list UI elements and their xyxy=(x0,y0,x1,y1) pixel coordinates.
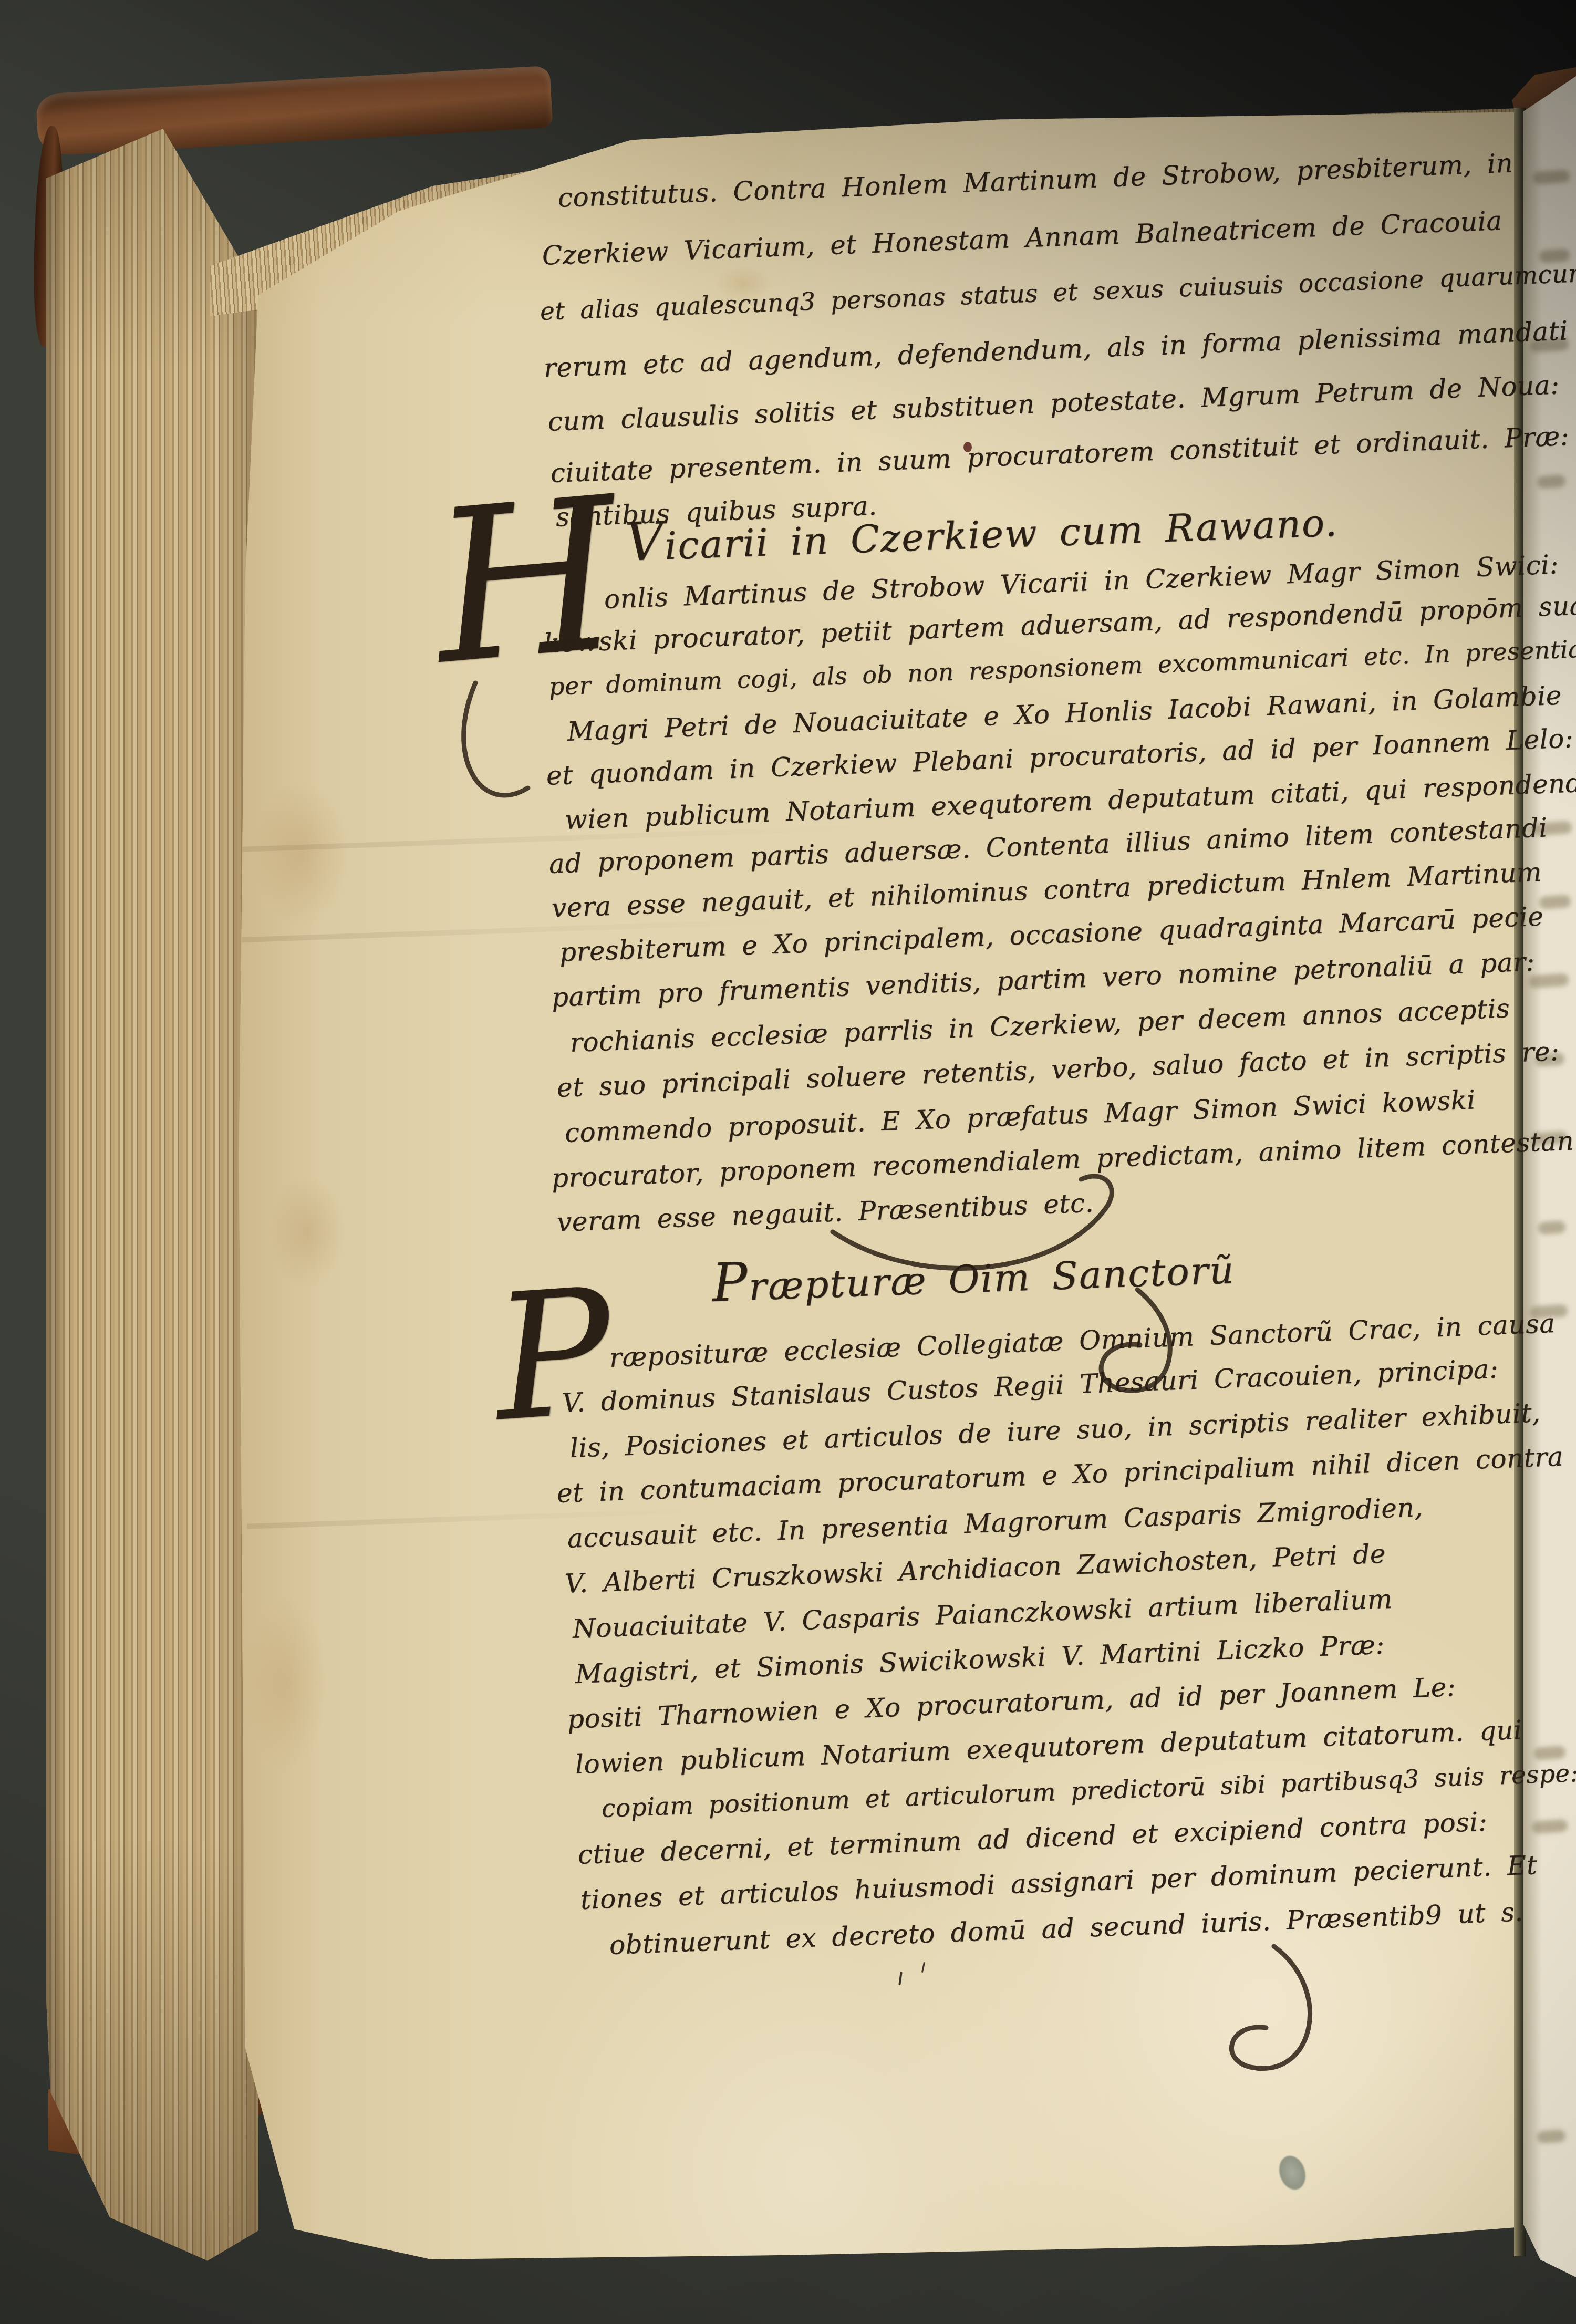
text-line: constitutus. Contra Honlem Martinum de S… xyxy=(557,150,1513,211)
text-line: rerum etc ad agendum, defendendum, als i… xyxy=(543,318,1568,381)
text-line: cum clausulis solitis et substituen pote… xyxy=(547,371,1560,435)
text-line: veram esse negauit. Præsentibus etc. xyxy=(556,1190,1094,1236)
text-line: et alias qualescunq3 personas status et … xyxy=(540,260,1576,324)
manuscript-photo: constitutus. Contra Honlem Martinum de S… xyxy=(0,0,1576,2324)
handwritten-text-layer: constitutus. Contra Honlem Martinum de S… xyxy=(0,0,1576,2324)
text-line: Czerkiew Vicarium, et Honestam Annam Bal… xyxy=(542,207,1502,269)
text-line: ciuitate presentem. in suum procuratorem… xyxy=(550,423,1570,486)
heading-praepositura-omnium-sanctorum: Præpturæ Oim Sanctorũ xyxy=(711,1238,1235,1309)
